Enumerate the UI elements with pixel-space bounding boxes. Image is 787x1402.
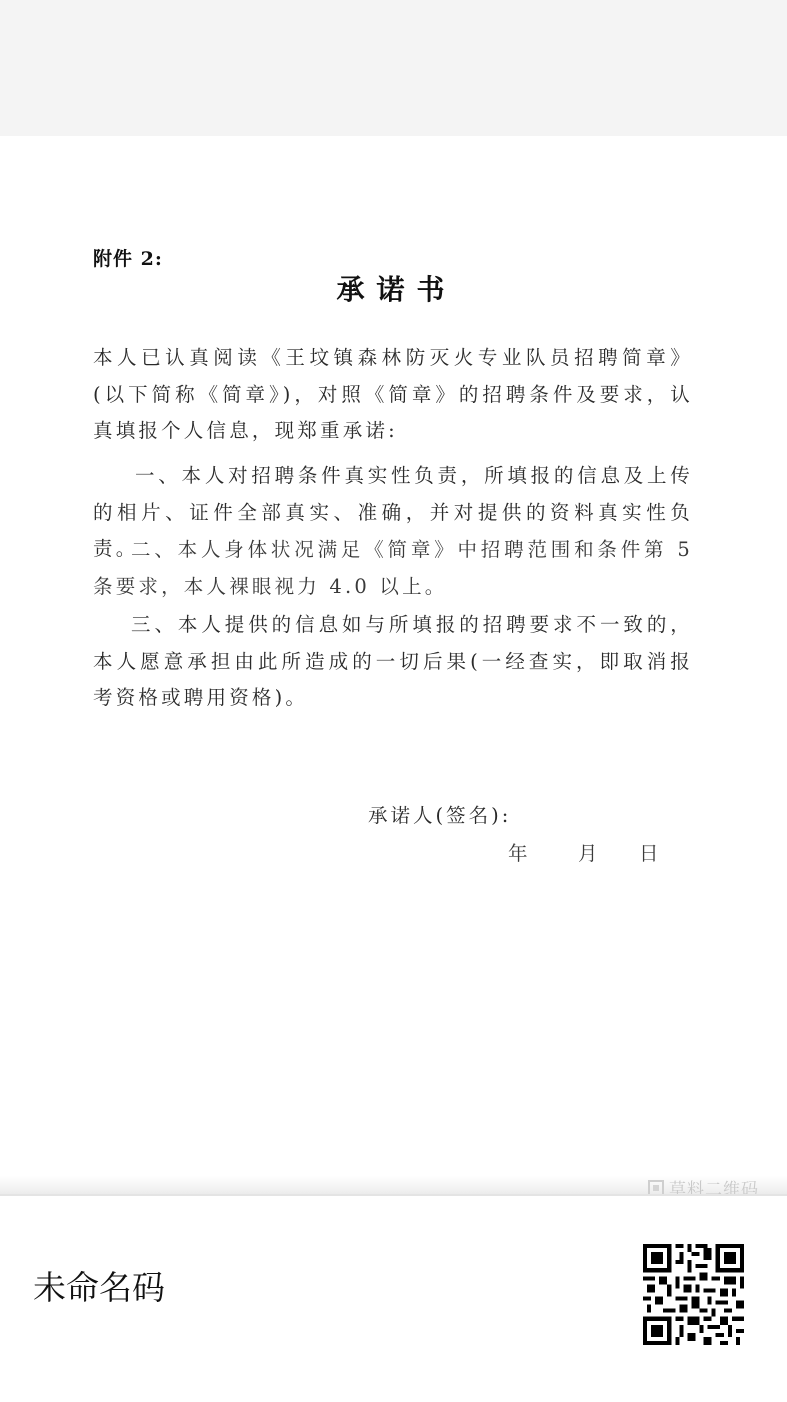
attachment-label: 附件 2: bbox=[93, 244, 163, 271]
top-band bbox=[0, 0, 787, 136]
paragraph-intro: 本人已认真阅读《王坟镇森林防灭火专业队员招聘简章》(以下简称《简章》)，对照《简… bbox=[93, 340, 693, 450]
signer-label: 承诺人(签名): bbox=[368, 800, 511, 828]
date-month: 月 bbox=[578, 838, 598, 866]
document-title: 承诺书 bbox=[0, 268, 787, 308]
paragraph-item-3: 三、本人提供的信息如与所填报的招聘要求不一致的，本人愿意承担由此所造成的一切后果… bbox=[93, 607, 693, 717]
date-day: 日 bbox=[639, 838, 659, 866]
code-name[interactable]: 未命名码 bbox=[33, 1262, 165, 1309]
date-year: 年 bbox=[508, 838, 528, 866]
paragraph-item-2: 二、本人身体状况满足《简章》中招聘范围和条件第 5 条要求，本人裸眼视力 4.0… bbox=[93, 532, 693, 605]
qr-code-icon[interactable] bbox=[643, 1244, 744, 1345]
